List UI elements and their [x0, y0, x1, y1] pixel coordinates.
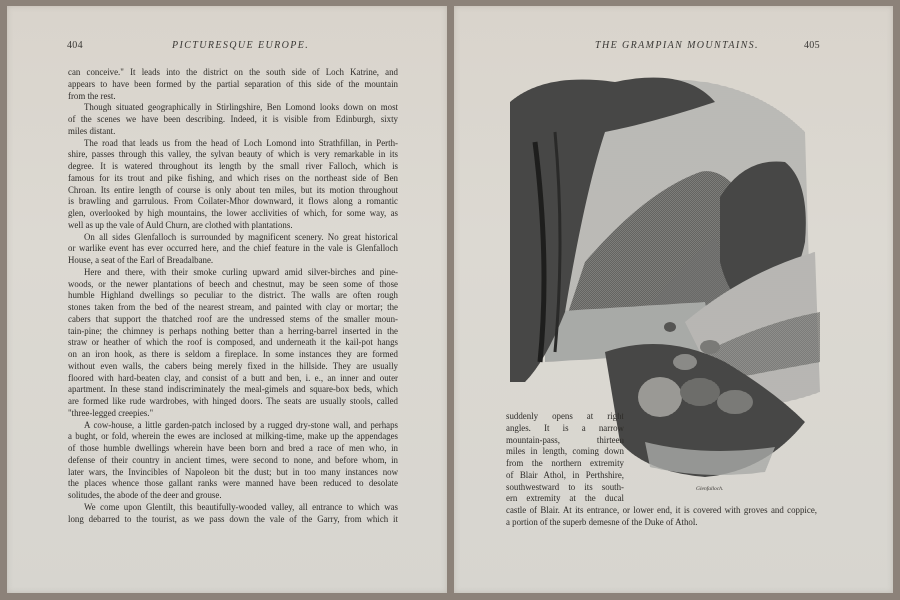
text-line: Chroan. Its entire length of course is o…: [68, 185, 398, 197]
text-line: apartment. In these stand indiscriminate…: [68, 384, 398, 396]
text-line: from the northern extremity: [506, 458, 624, 470]
text-line: House, a seat of the Earl of Breadalbane…: [68, 255, 398, 267]
text-line: a portion of the superb demesne of the D…: [506, 517, 817, 529]
left-page-number: 404: [67, 40, 83, 51]
right-page-wrap-text: suddenly opens at rightangles. It is a n…: [506, 411, 624, 505]
text-line: is brawling and garrulous. From Coilater…: [68, 196, 398, 208]
left-page-body-text: can conceive." It leads into the distric…: [68, 67, 398, 525]
text-line: or warlike event has ever occurred here,…: [68, 243, 398, 255]
text-line: Here and there, with their smoke curling…: [68, 267, 398, 279]
text-line: can conceive." It leads into the distric…: [68, 67, 398, 79]
text-line: are formed like rude wardrobes, with hin…: [68, 396, 398, 408]
right-page-number: 405: [804, 40, 820, 51]
text-line: woods, or the newer plantations of beech…: [68, 279, 398, 291]
text-line: a bught, or fold, wherein the ewes are i…: [68, 431, 398, 443]
text-line: suddenly opens at right: [506, 411, 624, 423]
text-line: tain-pine; the chimney is perhaps nothin…: [68, 326, 398, 338]
right-page-full-text: castle of Blair. At its entrance, or low…: [506, 505, 817, 529]
text-line: glen, overlooked by high mountains, the …: [68, 208, 398, 220]
text-line: miles distant.: [68, 126, 398, 138]
text-line: shire, passes through this valley, the s…: [68, 149, 398, 161]
text-line: miles in length, coming down: [506, 446, 624, 458]
text-line: solitudes, the abode of the deer and gro…: [68, 490, 398, 502]
text-line: "three-legged creepies.": [68, 408, 398, 420]
text-line: famous for its trout and pike fishing, a…: [68, 173, 398, 185]
text-line: well as up the vale of Auld Churn, are c…: [68, 220, 398, 232]
text-line: ern extremity at the ducal: [506, 493, 624, 505]
right-running-title: THE GRAMPIAN MOUNTAINS.: [595, 40, 759, 51]
text-line: The road that leads us from the head of …: [68, 138, 398, 150]
text-line: from the rest.: [68, 91, 398, 103]
text-line: appears to have been formed by the parti…: [68, 79, 398, 91]
text-line: the places whence those gallant ranks we…: [68, 478, 398, 490]
text-line: long debarred to the tourist, as we pass…: [68, 514, 398, 526]
text-line: castle of Blair. At its entrance, or low…: [506, 505, 817, 517]
text-line: southwestward to its south-: [506, 482, 624, 494]
text-line: cabers that support the thatched roof ar…: [68, 314, 398, 326]
text-line: We come upon Glentilt, this beautifully-…: [68, 502, 398, 514]
left-running-title: PICTURESQUE EUROPE.: [172, 40, 309, 51]
text-line: stones taken from the bed of the nearest…: [68, 302, 398, 314]
text-line: of Blair Athol, in Perthshire,: [506, 470, 624, 482]
text-line: later wars, the Invincibles of Napoleon …: [68, 467, 398, 479]
text-line: Though situated geographically in Stirli…: [68, 102, 398, 114]
illustration-caption: Glenfalloch.: [696, 486, 723, 492]
text-line: defense of their country in ancient time…: [68, 455, 398, 467]
text-line: on an iron hook, as there is seldom a fi…: [68, 349, 398, 361]
text-line: angles. It is a narrow: [506, 423, 624, 435]
text-line: straw or heather of which the roof is co…: [68, 337, 398, 349]
text-line: mountain-pass, thirteen: [506, 435, 624, 447]
text-line: of the scenes we have been describing. I…: [68, 114, 398, 126]
text-line: without even walls, the cabers being mer…: [68, 361, 398, 373]
text-line: degree. It is watered throughout its len…: [68, 161, 398, 173]
text-line: floored with hard-beaten clay, and consi…: [68, 373, 398, 385]
text-line: A cow-house, a little garden-patch inclo…: [68, 420, 398, 432]
text-line: On all sides Glenfalloch is surrounded b…: [68, 232, 398, 244]
text-line: humble Highland dwellings so peculiar to…: [68, 290, 398, 302]
text-line: of those humble dwellings wherein have b…: [68, 443, 398, 455]
